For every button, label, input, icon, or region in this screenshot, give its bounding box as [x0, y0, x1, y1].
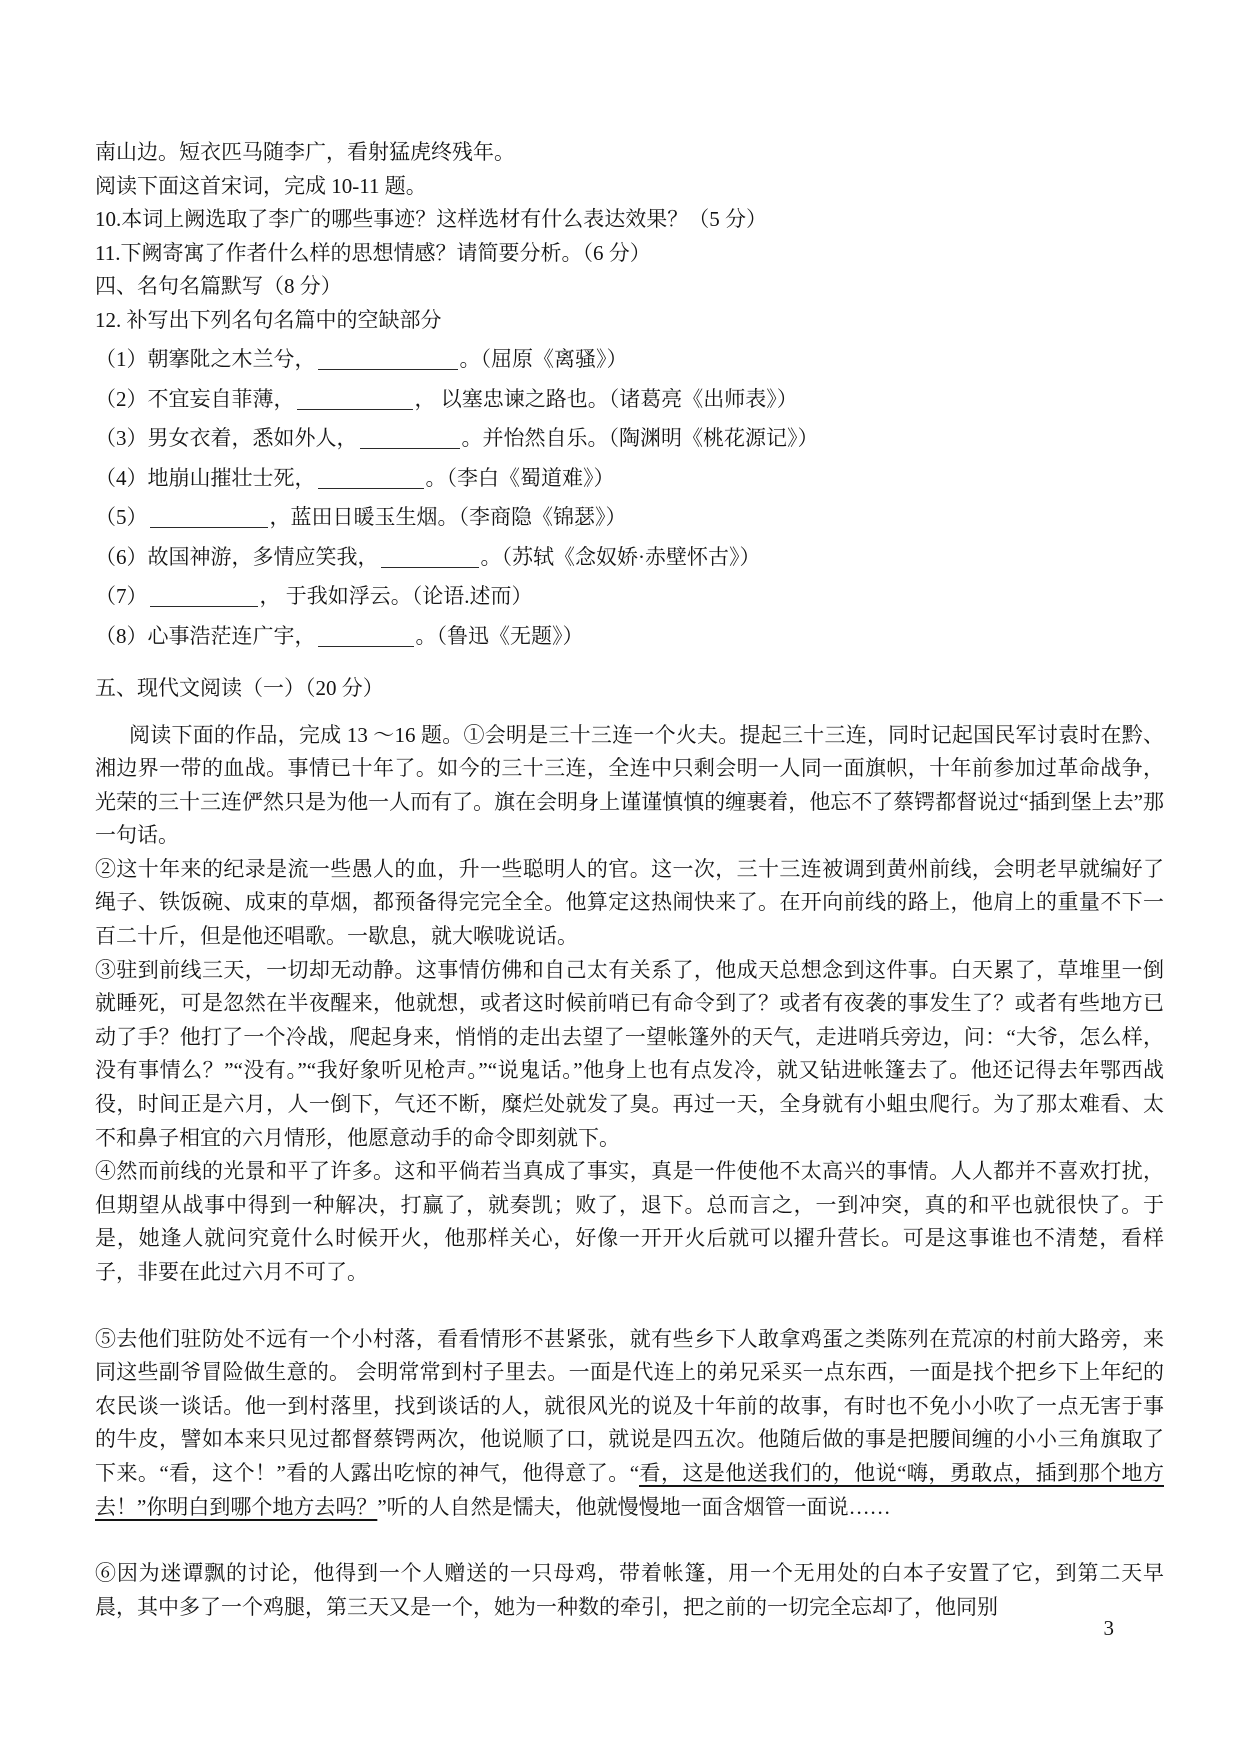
dictation-item-2-pre: （2）不宜妄自菲薄， [95, 387, 295, 411]
page-number: 3 [1104, 1616, 1115, 1640]
dictation-item-3-post: 。并怡然自乐。（陶渊明《桃花源记》） [462, 426, 819, 450]
dictation-item-1: （1）朝搴阰之木兰兮，。（屈原《离骚》） [95, 340, 1164, 380]
section-5-heading: 五、现代文阅读（一）（20 分） [95, 672, 1164, 706]
passage-paragraph-1: 阅读下面的作品，完成 13 ～16 题。①会明是三十三连一个火夫。提起三十三连，… [95, 719, 1164, 853]
exam-page: 南山边。短衣匹马随李广，看射猛虎终残年。 阅读下面这首宋词，完成 10-11 题… [0, 0, 1240, 1754]
dictation-item-1-post: 。（屈原《离骚》） [460, 347, 628, 371]
dictation-item-5-pre: （5） [95, 505, 148, 529]
passage-paragraph-3: ③驻到前线三天，一切却无动静。这事情仿佛和自己太有关系了，他成天总想念到这件事。… [95, 954, 1164, 1156]
reading-passage: 阅读下面的作品，完成 13 ～16 题。①会明是三十三连一个火夫。提起三十三连，… [95, 719, 1164, 1625]
fill-in-blank-line [150, 586, 258, 607]
question-12-intro: 12. 补写出下列名句名篇中的空缺部分 [95, 304, 1164, 338]
fill-in-blank-line [318, 626, 414, 647]
dictation-item-6-pre: （6）故国神游，多情应笑我， [95, 545, 379, 569]
fill-in-blank-line [381, 547, 479, 568]
fill-in-blank-line [318, 349, 458, 370]
question-10: 10.本词上阙选取了李广的哪些事迹？这样选材有什么表达效果？（5 分） [95, 203, 1164, 237]
passage-paragraph-6: ⑥因为迷谭飘的讨论，他得到一个人赠送的一只母鸡，带着帐篷，用一个无用处的白本子安… [95, 1557, 1164, 1624]
dictation-item-6-post: 。（苏轼《念奴娇·赤壁怀古》） [481, 545, 761, 569]
poem-last-line: 南山边。短衣匹马随李广，看射猛虎终残年。 [95, 136, 1164, 170]
dictation-item-3-pre: （3）男女衣着，悉如外人， [95, 426, 358, 450]
passage-paragraph-2: ②这十年来的纪录是流一些愚人的血，升一些聪明人的官。这一次，三十三连被调到黄州前… [95, 853, 1164, 954]
dictation-item-8-pre: （8）心事浩茫连广宇， [95, 624, 316, 648]
dictation-item-8: （8）心事浩茫连广宇，。（鲁迅《无题》） [95, 617, 1164, 657]
dictation-item-5-post: ，蓝田日暖玉生烟。（李商隐《锦瑟》） [270, 505, 627, 529]
dictation-item-2: （2）不宜妄自菲薄，， 以塞忠谏之路也。（诸葛亮《出师表》） [95, 380, 1164, 420]
section-4-heading: 四、名句名篇默写（8 分） [95, 270, 1164, 304]
dictation-item-4: （4）地崩山摧壮士死，。（李白《蜀道难》） [95, 459, 1164, 499]
dictation-item-7-post: ， 于我如浮云。（论语.述而） [260, 584, 533, 608]
fill-in-blank-line [297, 389, 413, 410]
dictation-item-3: （3）男女衣着，悉如外人，。并怡然自乐。（陶渊明《桃花源记》） [95, 419, 1164, 459]
dictation-item-6: （6）故国神游，多情应笑我，。（苏轼《念奴娇·赤壁怀古》） [95, 538, 1164, 578]
paragraph-5-text-end: ”听的人自然是懦夫，他就慢慢地一面含烟管一面说…… [377, 1495, 890, 1519]
dictation-item-5: （5），蓝田日暖玉生烟。（李商隐《锦瑟》） [95, 498, 1164, 538]
dictation-item-8-post: 。（鲁迅《无题》） [416, 624, 584, 648]
dictation-item-7-pre: （7） [95, 584, 148, 608]
fill-in-blank-line [318, 468, 424, 489]
dictation-list: （1）朝搴阰之木兰兮，。（屈原《离骚》） （2）不宜妄自菲薄，， 以塞忠谏之路也… [95, 340, 1164, 656]
fill-in-blank-line [360, 428, 460, 449]
dictation-item-2-post: ， 以塞忠谏之路也。（诸葛亮《出师表》） [415, 387, 798, 411]
dictation-item-4-pre: （4）地崩山摧壮士死， [95, 466, 316, 490]
dictation-item-7: （7）， 于我如浮云。（论语.述而） [95, 577, 1164, 617]
dictation-item-1-pre: （1）朝搴阰之木兰兮， [95, 347, 316, 371]
question-11: 11.下阙寄寓了作者什么样的思想情感？请简要分析。（6 分） [95, 237, 1164, 271]
song-ci-instruction: 阅读下面这首宋词，完成 10-11 题。 [95, 170, 1164, 204]
passage-paragraph-5: ⑤去他们驻防处不远有一个小村落，看看情形不甚紧张，就有些乡下人敢拿鸡蛋之类陈列在… [95, 1323, 1164, 1525]
fill-in-blank-line [150, 507, 268, 528]
passage-paragraph-4: ④然而前线的光景和平了许多。这和平倘若当真成了事实，真是一件使他不太高兴的事情。… [95, 1155, 1164, 1289]
dictation-item-4-post: 。（李白《蜀道难》） [426, 466, 615, 490]
